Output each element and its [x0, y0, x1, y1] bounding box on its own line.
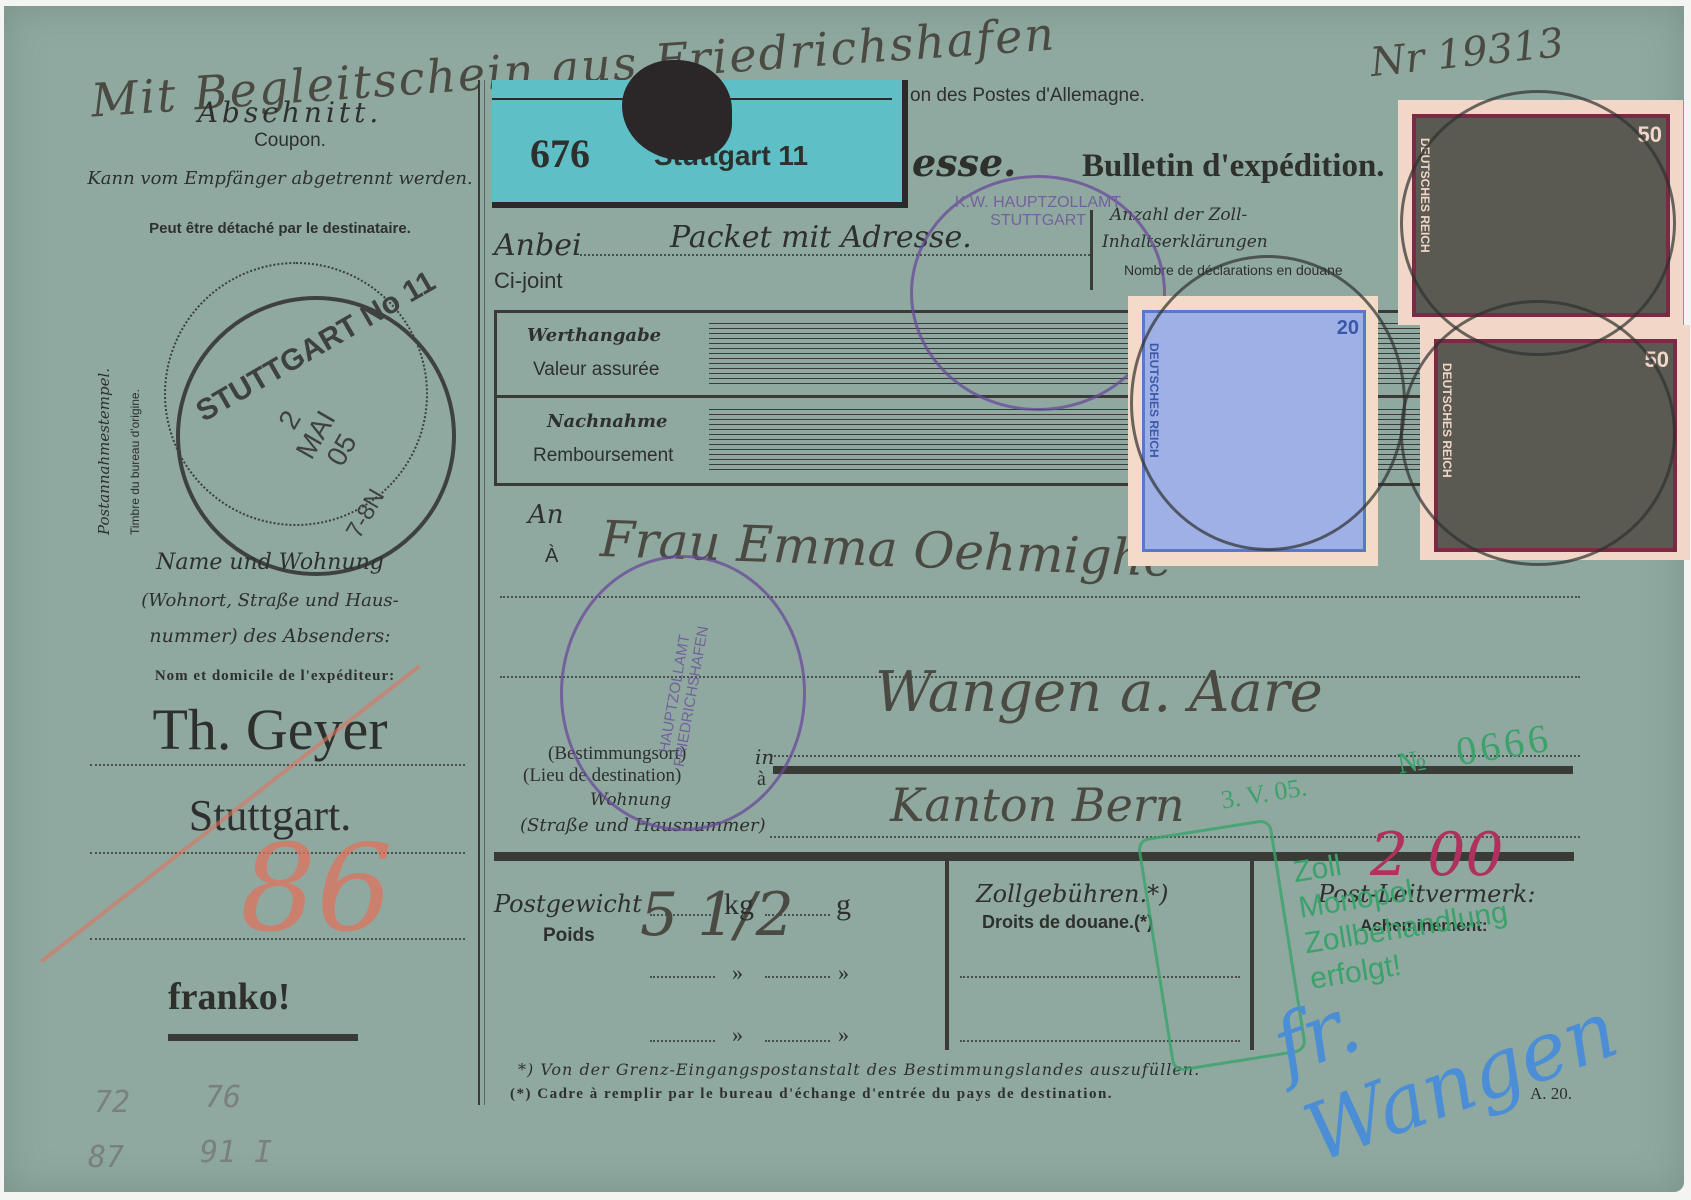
destination-value: Wangen a. Aare — [875, 660, 1323, 725]
stamp-postmark-1 — [1130, 255, 1406, 551]
pencil-note-1: 72 — [94, 1085, 130, 1120]
value-label-fr: Valeur assurée — [533, 359, 659, 381]
cod-label-de: Nachnahme — [547, 411, 668, 432]
sender-label-de-3: nummer) des Absenders: — [90, 625, 450, 647]
label-number: 676 — [530, 130, 590, 177]
customs-fees-fr: Droits de douane.(*) — [982, 912, 1153, 933]
header-fr: on des Postes d'Allemagne. — [910, 85, 1145, 107]
cancellation-friedrichshafen: HAUPTZOLLAMT FRIEDRICHSHAFEN — [560, 555, 806, 831]
franko-label: franko! — [168, 975, 290, 1019]
anbei-label: Anbei — [494, 228, 582, 263]
title-de-fragment: esse. — [912, 140, 1016, 185]
stamp-label-fr: Timbre du bureau d'origine. — [128, 275, 142, 535]
cod-label-fr: Remboursement — [533, 445, 673, 467]
weight-label-de: Postgewicht — [494, 890, 642, 918]
title-fr: Bulletin d'expédition. — [1082, 148, 1385, 185]
coupon-title-fr: Coupon. — [120, 130, 460, 152]
coupon-note-fr: Peut être détaché par le destinataire. — [80, 220, 480, 237]
origin-postmark: STUTTGART No 11 2MAI05 7-8N — [176, 296, 456, 576]
g-unit: g — [836, 888, 851, 922]
sender-label-de-2: (Wohnort, Straße und Haus- — [90, 590, 450, 611]
sender-label-de-1: Name und Wohnung — [90, 550, 450, 575]
stamp-label-de: Postannahmestempel. — [95, 275, 113, 535]
pencil-note-3: 87 — [88, 1140, 124, 1175]
pencil-note-4: 91 I — [200, 1135, 272, 1170]
cijoint-label: Ci-joint — [494, 268, 562, 294]
value-label-de: Werthangabe — [527, 325, 661, 346]
sender-name: Th. Geyer — [80, 696, 460, 763]
coupon-title: Abschnitt. — [120, 96, 460, 129]
coupon-note-de: Kann vom Empfänger abgetrennt werden. — [80, 166, 480, 192]
kg-unit: kg — [724, 888, 754, 922]
ink-blot — [622, 60, 732, 160]
footnote-fr: (*) Cadre à remplir par le bureau d'écha… — [510, 1086, 1113, 1103]
red-ink-fee: 2 00 — [1370, 820, 1504, 890]
red-pencil-mark: 86 — [240, 820, 393, 959]
footnote-de: *) Von der Grenz-Eingangspostanstalt des… — [518, 1060, 1200, 1079]
customs-fees-de: Zollgebühren.*) — [976, 880, 1168, 908]
coupon-divider — [478, 80, 480, 1105]
pencil-note-2: 76 — [205, 1080, 241, 1115]
to-label-fr: À — [545, 545, 558, 568]
weight-label-fr: Poids — [543, 925, 595, 947]
parcel-label: 676 Stuttgart 11 — [492, 80, 908, 208]
stamp-postmark-3 — [1400, 300, 1676, 566]
to-label-de: An — [528, 500, 564, 530]
